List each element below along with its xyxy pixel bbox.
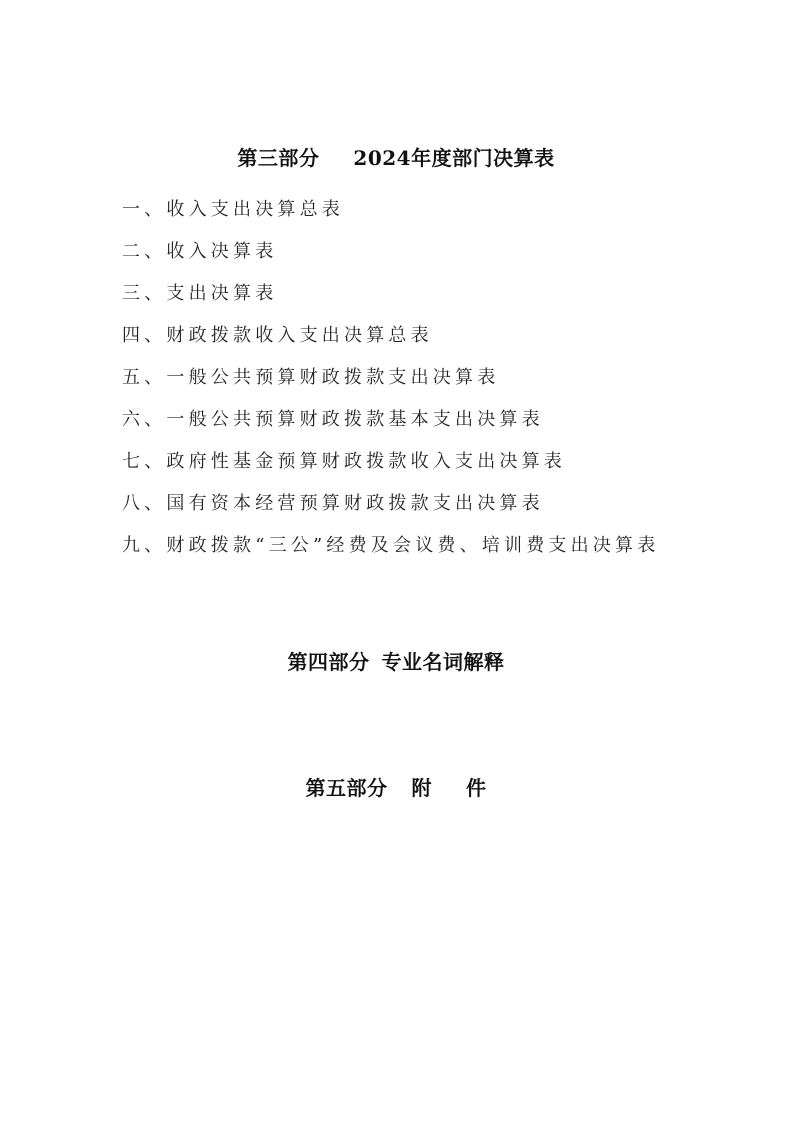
part3-label: 第三部分 [237, 146, 319, 170]
list-item: 六、一般公共预算财政拨款基本支出决算表 [122, 399, 659, 441]
list-item: 一、收入支出决算总表 [122, 189, 659, 231]
part4-title: 专业名词解释 [382, 650, 505, 674]
list-item: 四、财政拨款收入支出决算总表 [122, 315, 659, 357]
list-item: 七、政府性基金预算财政拨款收入支出决算表 [122, 441, 659, 483]
part3-heading: 第三部分2024年度部门决算表 [0, 146, 792, 170]
part5-title-char2: 件 [466, 776, 487, 800]
list-item: 二、收入决算表 [122, 231, 659, 273]
part5-heading: 第五部分附件 [0, 776, 792, 800]
part4-heading: 第四部分专业名词解释 [0, 650, 792, 674]
list-item: 五、一般公共预算财政拨款支出决算表 [122, 357, 659, 399]
part3-table-list: 一、收入支出决算总表 二、收入决算表 三、支出决算表 四、财政拨款收入支出决算总… [122, 189, 659, 567]
part4-label: 第四部分 [288, 650, 370, 674]
part3-title: 2024年度部门决算表 [353, 146, 554, 170]
list-item: 八、国有资本经营预算财政拨款支出决算表 [122, 483, 659, 525]
list-item: 三、支出决算表 [122, 273, 659, 315]
part5-title-char1: 附 [412, 776, 433, 800]
part5-label: 第五部分 [306, 776, 388, 800]
list-item: 九、财政拨款“三公”经费及会议费、培训费支出决算表 [122, 525, 659, 567]
